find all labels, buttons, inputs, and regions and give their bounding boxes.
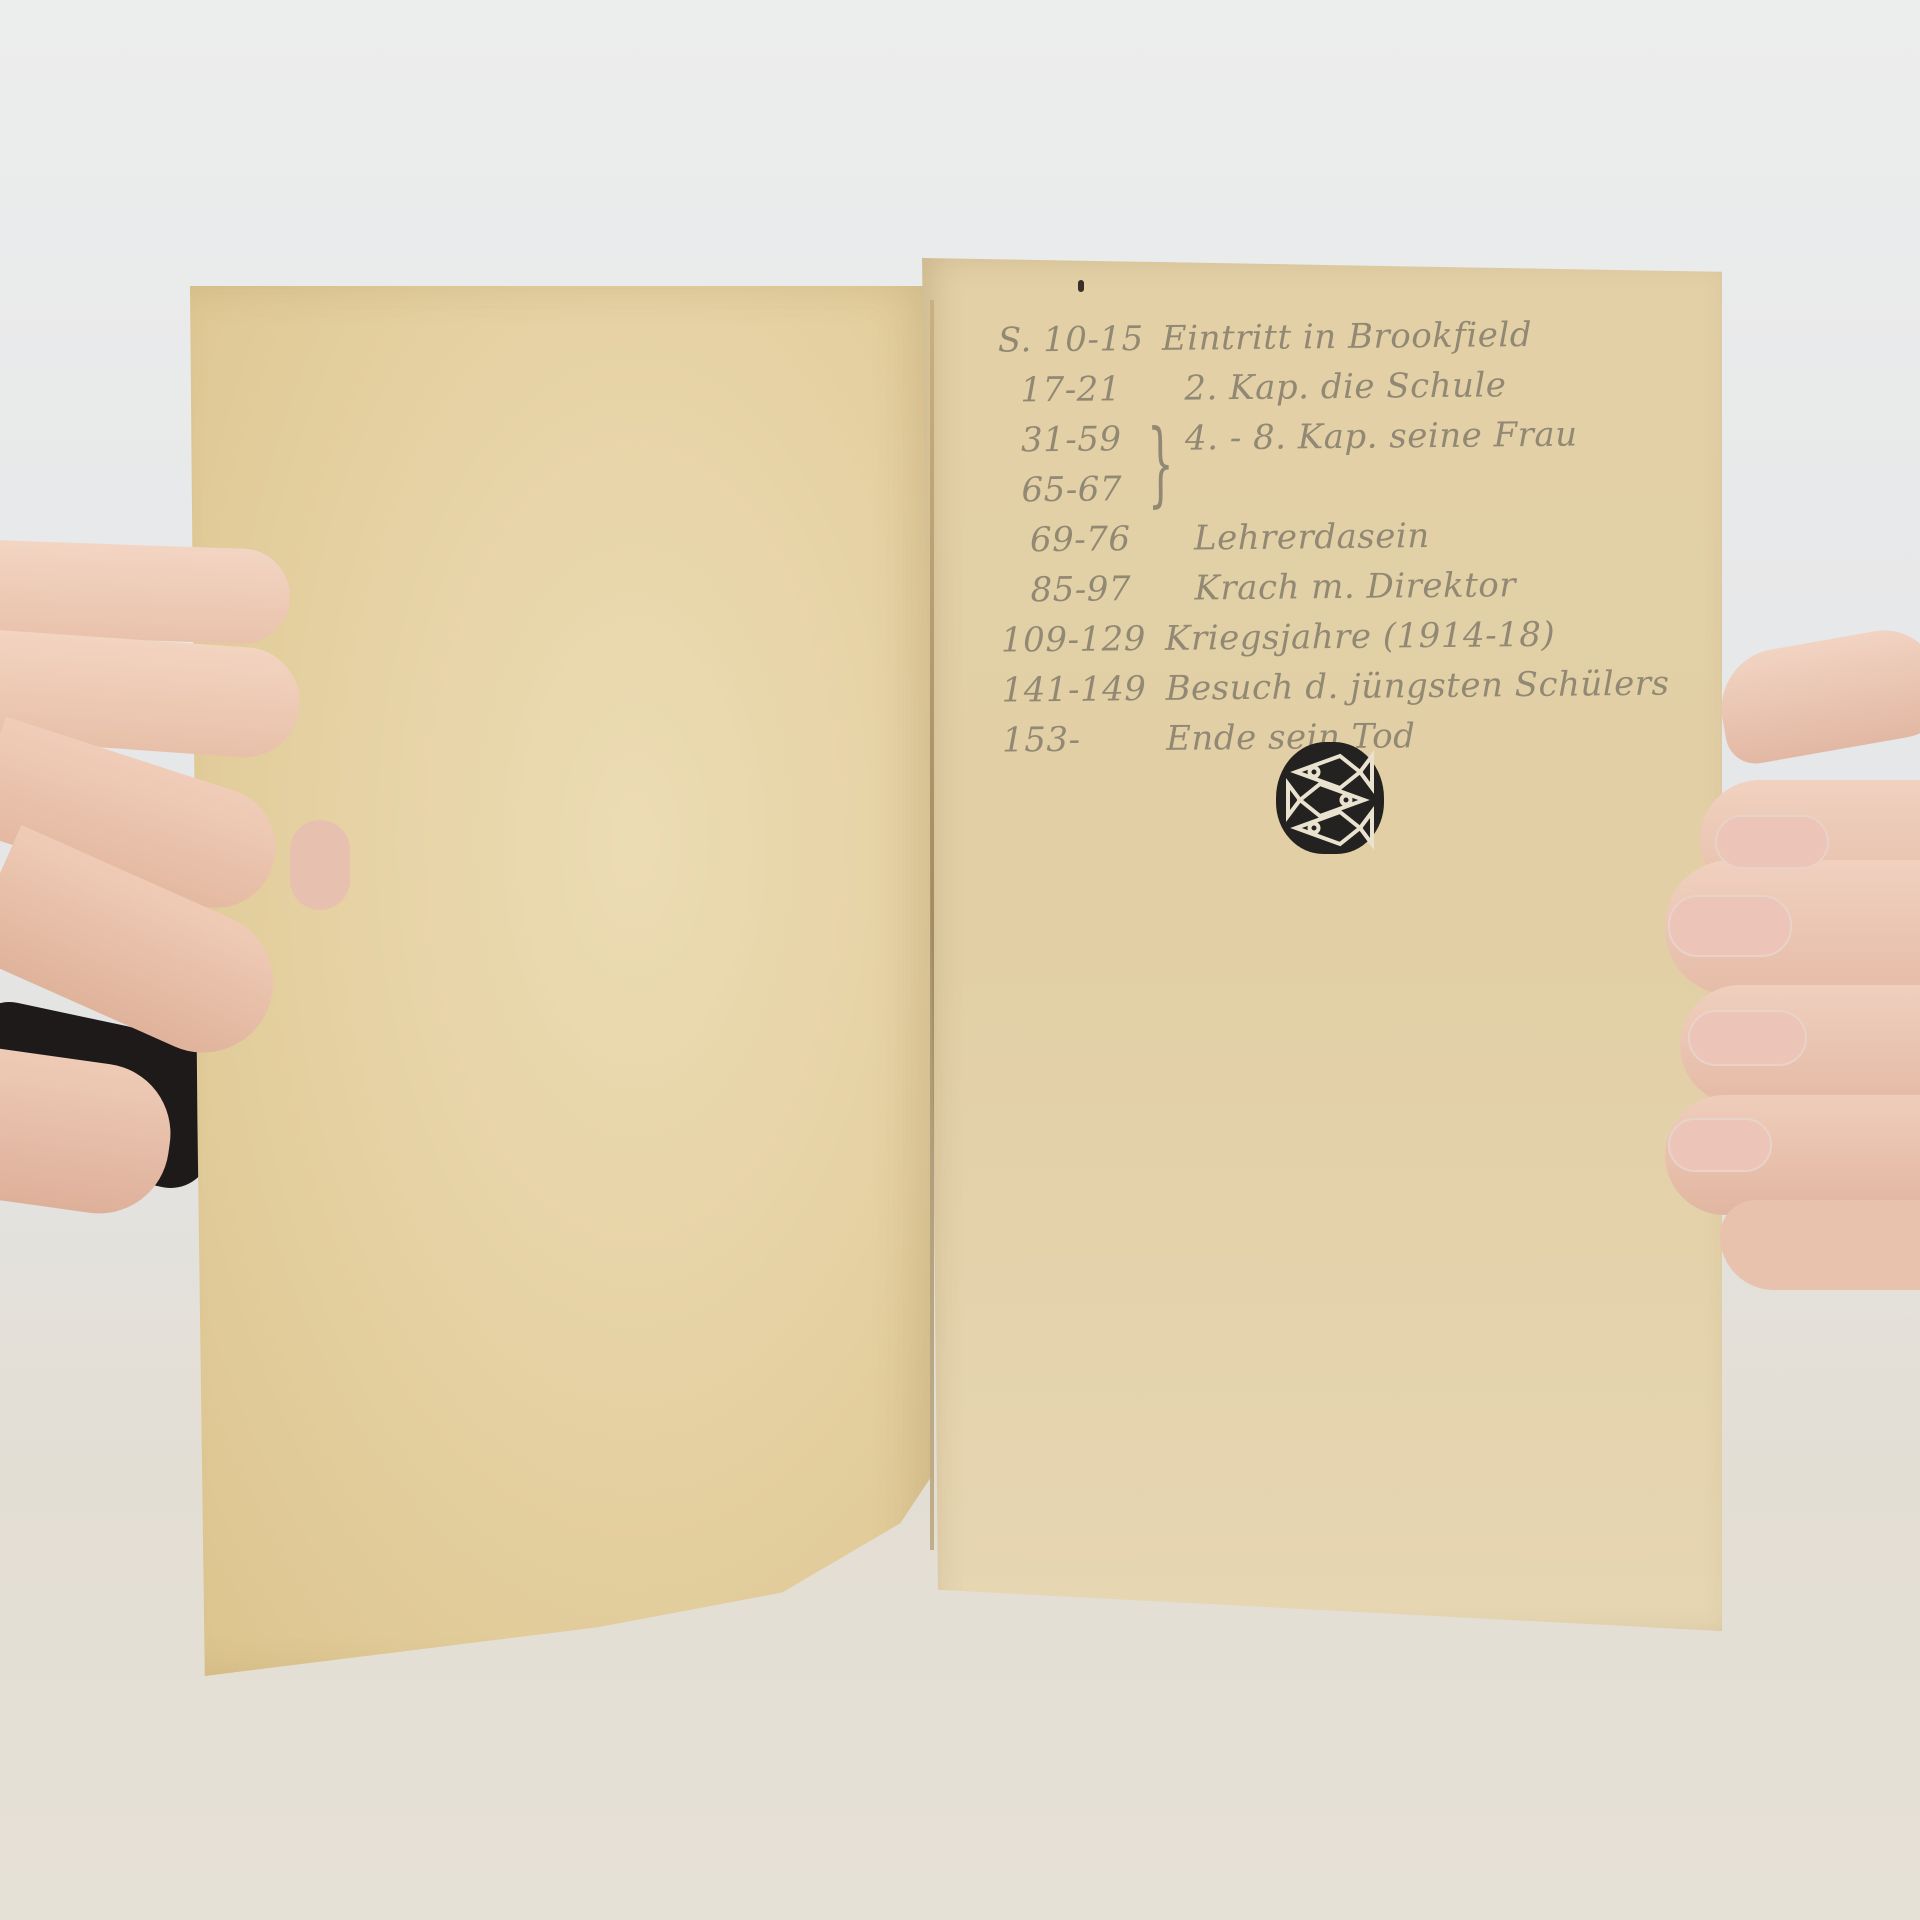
left-hand-thumb-tip [290,820,350,910]
note-line: 85-97 Krach m. Direktor [1000,558,1680,615]
left-hand-finger [0,540,292,646]
photo-scene: S. 10-15 Eintritt in Brookfield 17-21 2.… [0,0,1920,1920]
note-line: S. 10-15 Eintritt in Brookfield [998,308,1678,365]
handwritten-notes: S. 10-15 Eintritt in Brookfield 17-21 2.… [998,308,1683,765]
fingernail [1688,1010,1807,1066]
note-line: 141-149 Besuch d. jüngsten Schülers [1001,658,1681,715]
note-line: 17-21 2. Kap. die Schule [998,358,1678,415]
three-fish-emblem-icon [1276,742,1384,854]
fingernail [1715,815,1829,869]
curly-brace: } [1147,418,1175,510]
fingernail [1668,1118,1772,1172]
book-left-page [190,286,930,1676]
note-line: 31-59 4. - 8. Kap. seine Frau [999,408,1679,465]
right-hand-palm [1720,1200,1920,1290]
fingernail [1668,895,1792,957]
page-edge-mark [1078,280,1084,292]
note-line: 69-76 Lehrerdasein [1000,508,1680,565]
fish-logo-svg [1276,742,1384,854]
note-line: 109-129 Kriegsjahre (1914-18) [1001,608,1681,665]
note-line: 65-67 [999,458,1679,515]
book-spine [930,300,934,1550]
right-hand-thumb [1712,622,1920,769]
